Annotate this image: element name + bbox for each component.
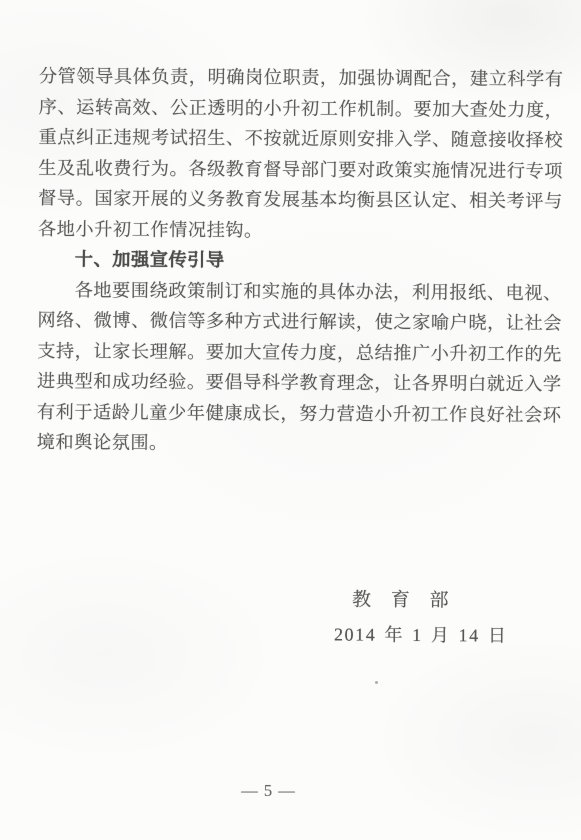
body-line: 进典型和成功经验。要倡导科学教育理念，让各界明白就近入学 [37,366,545,400]
paragraph-continued: 分管领导具体负责，明确岗位职责，加强协调配合，建立科学有 序、运转高效、公正透明… [38,61,547,247]
signature-date: 2014 年 1 月 14 日 [334,620,508,647]
body-line: 生及乱收费行为。各级教育督导部门要对政策实施情况进行专项 [38,152,546,186]
body-line: 有利于适龄儿童少年健康成长，努力营造小升初工作良好社会环 [37,396,545,430]
signature-issuer: 教 育 部 [352,585,450,613]
section-heading-ten: 十、加强宣传引导 [38,244,546,278]
body-line: 分管领导具体负责，明确岗位职责，加强协调配合，建立科学有 [39,61,547,95]
paragraph-publicity: 各地要围绕政策制订和实施的具体办法，利用报纸、电视、 网络、微博、微信等多种方式… [37,274,546,460]
page-number: — 5 — [0,781,559,801]
body-line: 境和舆论氛围。 [37,427,545,461]
body-line: 督导。国家开展的义务教育发展基本均衡县区认定、相关考评与 [38,183,546,217]
document-body: 分管领导具体负责，明确岗位职责，加强协调配合，建立科学有 序、运转高效、公正透明… [37,61,547,461]
scan-speck [375,681,378,684]
body-line: 网络、微博、微信等多种方式进行解读，使之家喻户晓，让社会 [37,305,545,339]
body-line: 序、运转高效、公正透明的小升初工作机制。要加大查处力度， [39,91,547,125]
body-line: 各地小升初工作情况挂钩。 [38,213,546,247]
body-line: 重点纠正违规考试招生、不按就近原则安排入学、随意接收择校 [38,122,546,156]
scanned-document-page: 分管领导具体负责，明确岗位职责，加强协调配合，建立科学有 序、运转高效、公正透明… [0,0,581,840]
body-line: 支持，让家长理解。要加大宣传力度，总结推广小升初工作的先 [37,335,545,369]
body-line: 各地要围绕政策制订和实施的具体办法，利用报纸、电视、 [38,274,546,308]
